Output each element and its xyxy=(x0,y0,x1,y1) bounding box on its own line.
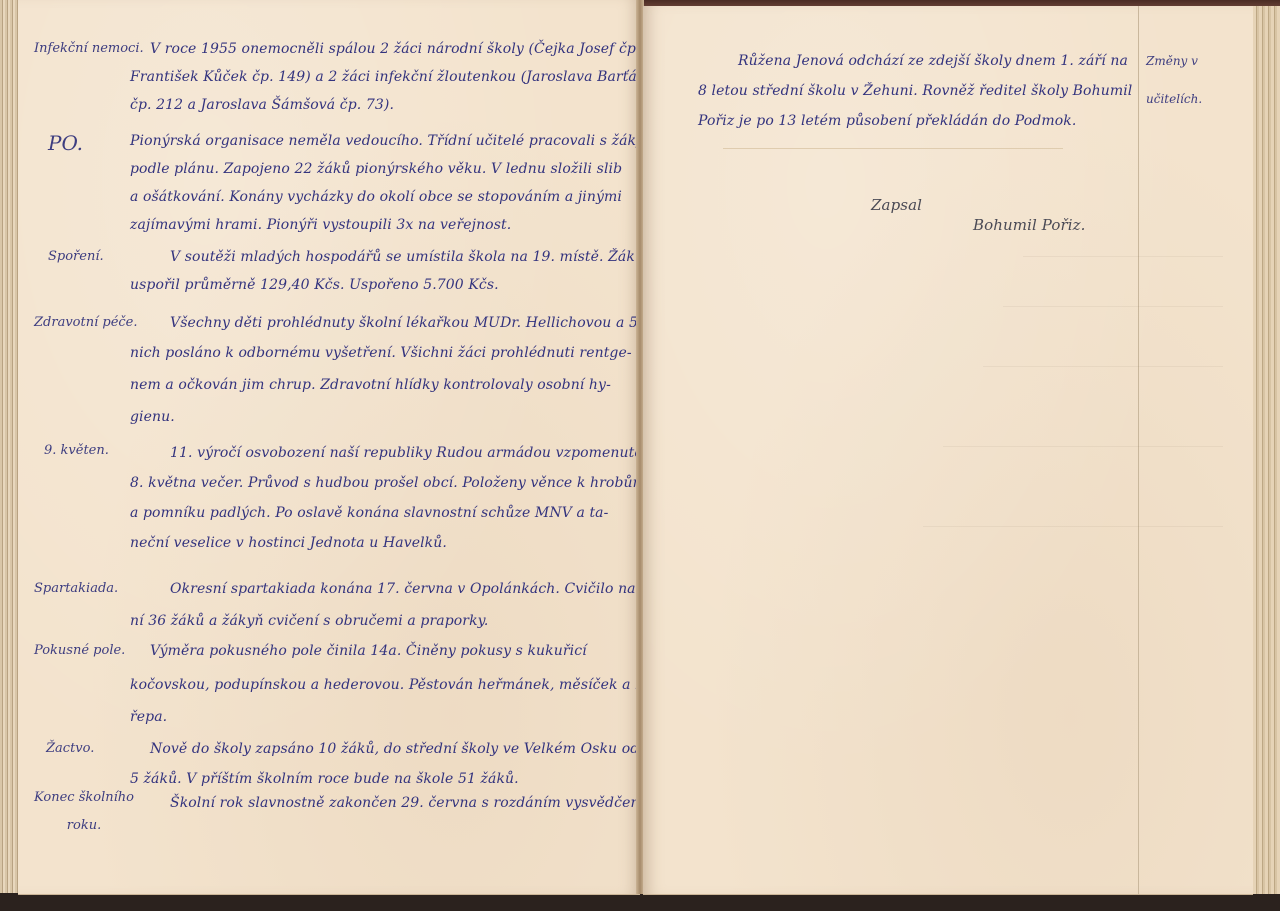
margin-label: Spartakiada. xyxy=(34,570,118,608)
margin-label: Konec školního roku. xyxy=(34,784,134,840)
text-line: Výměra pokusného pole činila 14a. Činěny… xyxy=(150,632,587,670)
signature-label: Zapsal xyxy=(871,186,922,224)
text-line: Školní rok slavnostně zakončen 29. červn… xyxy=(170,784,649,822)
margin-label: 9. květen. xyxy=(44,432,109,470)
margin-label-teacher-changes: Změny v učitelích. xyxy=(1146,42,1253,118)
show-through xyxy=(983,366,1223,367)
text-line: neční veselice v hostinci Jednota u Have… xyxy=(130,524,447,562)
text-line: Pořiz je po 13 letém působení překládán … xyxy=(698,102,1076,140)
margin-label: Žactvo. xyxy=(46,730,94,768)
text-line: gienu. xyxy=(130,398,175,436)
text-line: čp. 212 a Jaroslava Šámšová čp. 73). xyxy=(130,86,394,124)
page-stack-right xyxy=(1253,6,1280,894)
show-through xyxy=(1023,256,1223,257)
section-rule xyxy=(723,148,1063,149)
page-stack-left xyxy=(0,0,18,893)
show-through xyxy=(943,446,1223,447)
text-line: nem a očkován jim chrup. Zdravotní hlídk… xyxy=(130,366,611,404)
margin-label: Pokusné pole. xyxy=(34,632,125,670)
margin-label: Spoření. xyxy=(48,238,104,276)
margin-label: Zdravotní péče. xyxy=(34,304,138,342)
text-line: uspořil průměrně 129,40 Kčs. Uspořeno 5.… xyxy=(130,266,499,304)
margin-label: PO. xyxy=(48,124,83,162)
open-book: Infekční nemoci. V roce 1955 onemocněli … xyxy=(0,0,1280,911)
margin-column-rule xyxy=(1138,6,1139,894)
show-through xyxy=(1003,306,1223,307)
left-page: Infekční nemoci. V roce 1955 onemocněli … xyxy=(18,0,640,895)
show-through xyxy=(923,526,1223,527)
signature-name: Bohumil Pořiz. xyxy=(973,206,1086,244)
margin-label: Infekční nemoci. xyxy=(34,30,144,68)
text-line: kočovskou, podupínskou a hederovou. Pěst… xyxy=(130,666,681,704)
right-page: Růžena Jenová odchází ze zdejší školy dn… xyxy=(643,6,1253,895)
